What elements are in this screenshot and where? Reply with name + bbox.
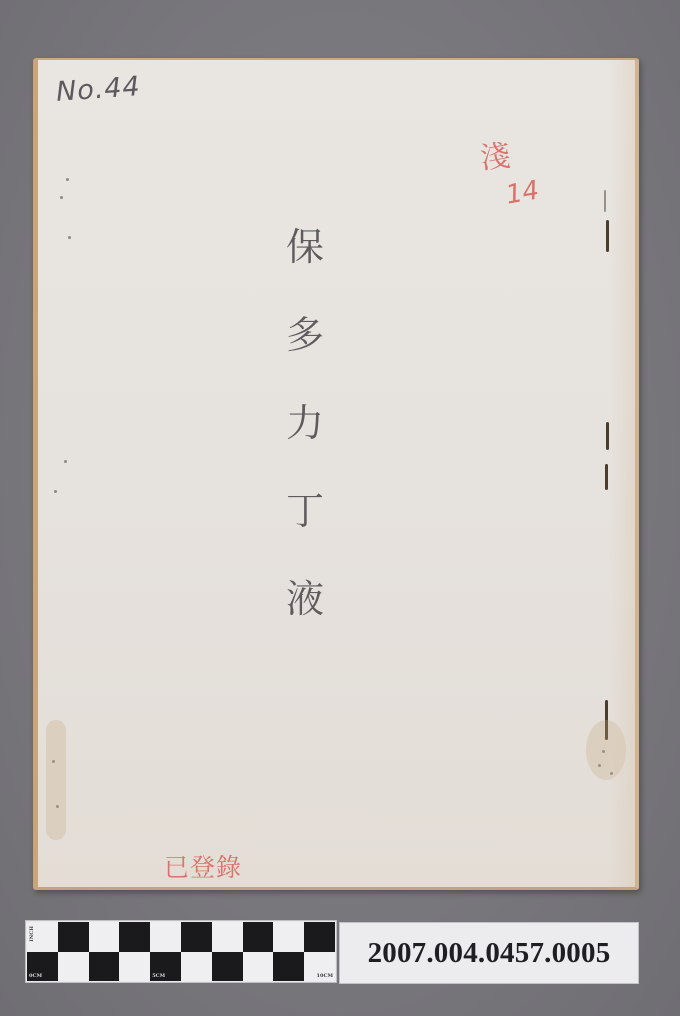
scale-cell bbox=[181, 922, 212, 952]
title-char: 多 bbox=[286, 316, 324, 404]
paper-speck bbox=[68, 236, 71, 239]
title-char: 丁 bbox=[286, 492, 324, 580]
scale-label-inch: INCH bbox=[29, 926, 35, 942]
scale-cell bbox=[212, 952, 243, 982]
archival-document-cover: No.44 淺 14 保 多 力 丁 液 已登錄 bbox=[33, 58, 639, 890]
red-classification-number: 14 bbox=[504, 175, 542, 210]
paper-stain bbox=[586, 720, 626, 780]
scale-cell bbox=[58, 952, 89, 982]
document-number-label: No.44 bbox=[55, 71, 142, 108]
paper-speck bbox=[60, 196, 63, 199]
title-char: 液 bbox=[286, 580, 324, 668]
accession-number-label: 2007.004.0457.0005 bbox=[339, 922, 639, 984]
scale-cell bbox=[150, 922, 181, 952]
scale-cell bbox=[243, 952, 274, 982]
scale-cell bbox=[58, 922, 89, 952]
accession-number: 2007.004.0457.0005 bbox=[368, 937, 611, 970]
scale-cell bbox=[273, 952, 304, 982]
scale-cell: 10CM bbox=[304, 952, 335, 982]
scale-cell bbox=[243, 922, 274, 952]
registered-stamp: 已登錄 bbox=[164, 848, 242, 884]
scale-cell bbox=[89, 952, 120, 982]
staple-mark bbox=[606, 220, 609, 252]
scale-cell bbox=[212, 922, 243, 952]
scale-cell bbox=[273, 922, 304, 952]
scale-cell bbox=[89, 922, 120, 952]
paper-speck bbox=[64, 460, 67, 463]
scale-cell bbox=[181, 952, 212, 982]
scale-label-0cm: 0CM bbox=[29, 973, 42, 979]
scale-cell bbox=[119, 952, 150, 982]
scale-label-5cm: 5CM bbox=[152, 973, 165, 979]
vertical-title: 保 多 力 丁 液 bbox=[276, 228, 334, 668]
scale-cell bbox=[304, 922, 335, 952]
color-scale-bar: INCH 0CM 5CM 10CM bbox=[25, 920, 337, 983]
scale-cell: INCH bbox=[27, 922, 58, 952]
staple-mark bbox=[604, 190, 606, 212]
title-char: 力 bbox=[286, 404, 324, 492]
paper-speck bbox=[54, 490, 57, 493]
paper-speck bbox=[66, 178, 69, 181]
paper-stain bbox=[46, 720, 66, 840]
scale-cell: 0CM bbox=[27, 952, 58, 982]
staple-mark bbox=[605, 464, 608, 490]
staple-mark bbox=[606, 422, 609, 450]
red-classification-mark: 淺 bbox=[478, 131, 512, 178]
scale-cell bbox=[119, 922, 150, 952]
scale-label-10cm: 10CM bbox=[317, 973, 333, 979]
title-char: 保 bbox=[286, 228, 324, 316]
scale-cell: 5CM bbox=[150, 952, 181, 982]
